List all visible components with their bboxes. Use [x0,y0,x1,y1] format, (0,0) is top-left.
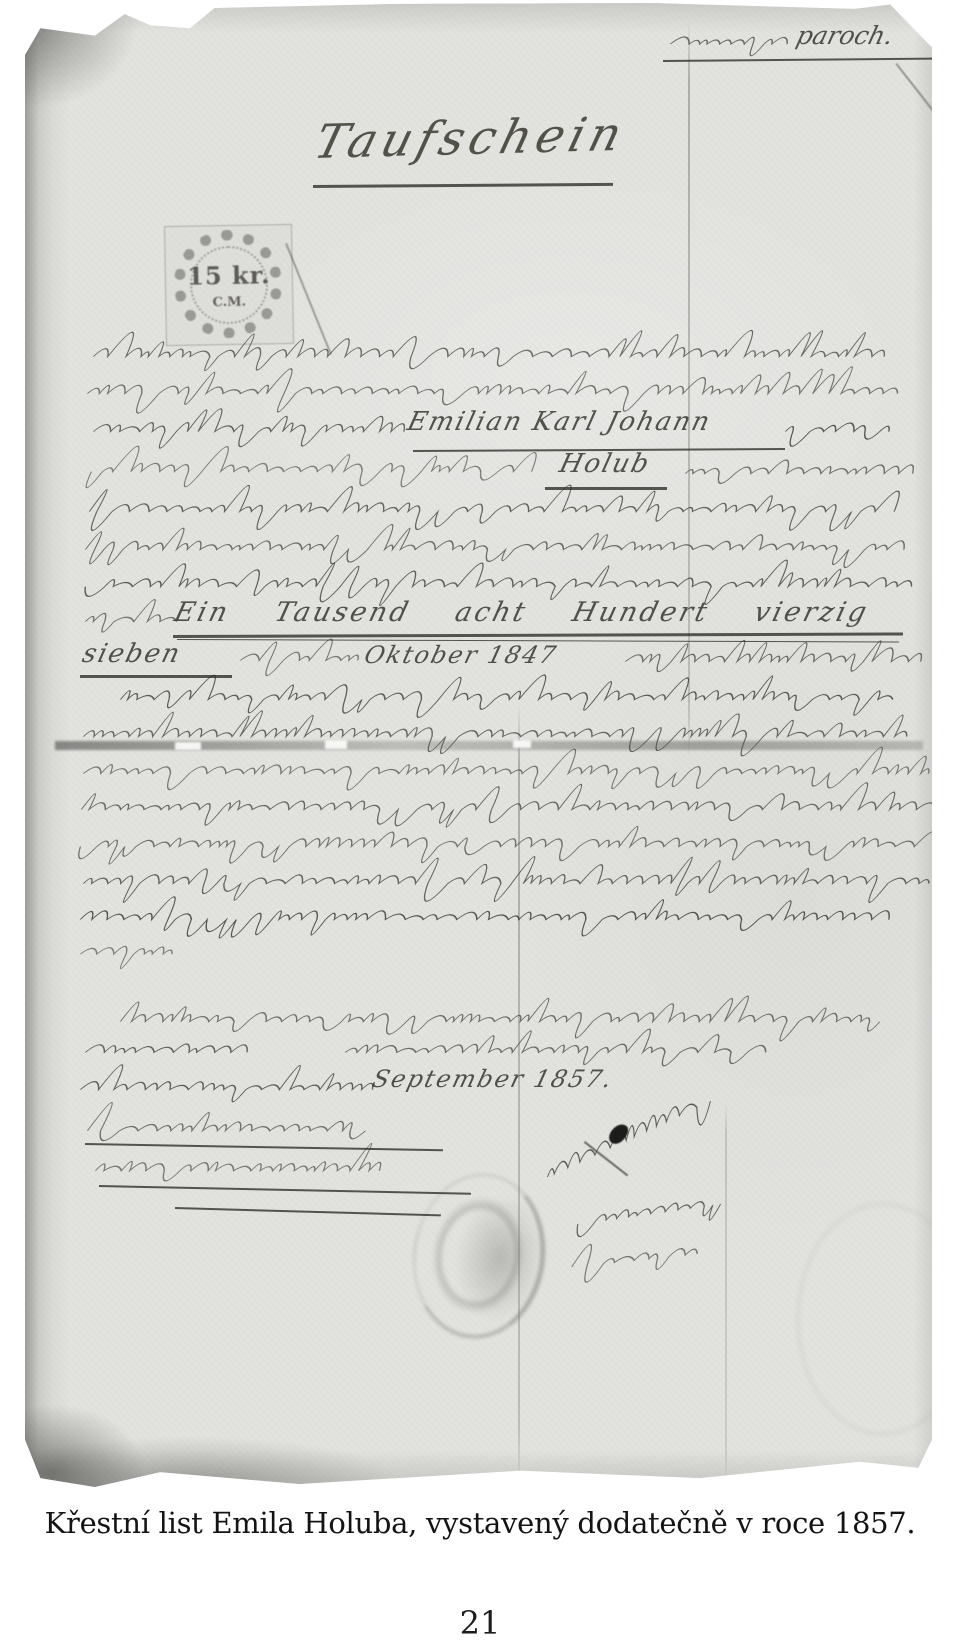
handwriting-stroke [85,531,897,561]
vertical-crease [725,1103,727,1483]
handwriting-stroke [89,493,889,523]
name-surname: Holub [557,451,654,477]
revenue-stamp: 15 kr. C.M. [164,224,294,346]
photo-caption: Křestní list Emila Holuba, vystavený dod… [0,1506,960,1540]
handwriting-stroke [83,865,928,895]
handwriting-stroke [80,828,930,858]
name-given: Emilian Karl Johann [405,409,714,435]
underline-stroke [173,632,903,638]
birth-year-words: Ein Tausend acht Hundert vierzig [172,599,872,626]
pen-stroke [895,63,955,139]
stamp-value: 15 kr. [166,263,292,289]
handwriting-stroke [80,938,170,964]
handwriting-stroke [785,413,885,443]
birth-date: Oktober 1847 [362,643,560,667]
handwriting-stroke [83,718,903,748]
handwriting-stroke [120,681,880,711]
handwriting-stroke [570,1239,690,1277]
page-number: 21 [0,1604,960,1642]
document-title: Taufschein [310,111,632,166]
underline-stroke [663,57,955,62]
handwriting-stroke [95,1151,375,1183]
handwriting-stroke [80,1071,365,1101]
handwriting-stroke [345,1035,765,1063]
handwriting-stroke [87,375,887,405]
handwriting-stroke [91,453,521,483]
handwriting-stroke [80,901,880,931]
birth-year-words-2: sieben [80,641,184,667]
handwriting-stroke [625,643,910,673]
handwriting-stroke [685,455,900,485]
handwriting-stroke [670,28,782,54]
underline-stroke [175,1207,441,1216]
underline-stroke [85,1143,443,1151]
handwriting-stroke [120,1003,875,1033]
handwriting-stroke [575,1189,717,1234]
handwriting-stroke [81,791,927,821]
document-scan: paroch. Taufschein 15 kr. C.M. Emilian K… [25,3,932,1487]
handwriting-stroke [87,1111,359,1143]
book-page: { "title": "Taufschein", "annotation": {… [0,0,960,1651]
handwriting-stroke [93,413,393,443]
underline-stroke [80,675,232,678]
annotation-paroch: paroch. [794,23,896,48]
handwriting-stroke [83,755,925,785]
stamp-currency: C.M. [166,295,292,310]
issue-date: September 1857. [370,1067,616,1091]
handwriting-stroke [85,1035,245,1063]
handwriting-stroke [85,603,165,633]
handwriting-stroke [240,643,352,671]
underline-stroke [313,183,613,188]
faded-stain-ring [797,1203,960,1435]
handwriting-stroke [85,568,900,598]
handwriting-stroke [93,338,883,368]
underline-stroke [99,1185,471,1195]
underline-stroke [545,487,667,490]
